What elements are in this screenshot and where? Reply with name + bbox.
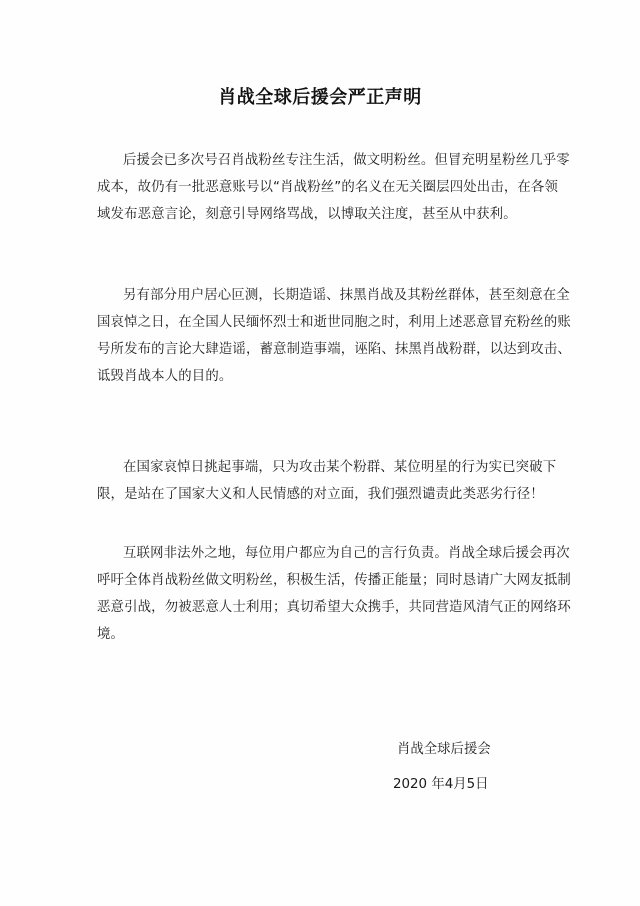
paragraph-line: 在国家哀悼日挑起事端，只为攻击某个粉群、某位明星的行为实已突破下 <box>97 454 549 481</box>
paragraph-line: 限，是站在了国家大义和人民情感的对立面，我们强烈谴责此类恶劣行径！ <box>97 481 549 508</box>
signature-organization: 肖战全球后援会 <box>397 740 491 760</box>
statement-page: 肖战全球后援会严正声明 后援会已多次号召肖战粉丝专注生活，做文明粉丝。但冒充明星… <box>0 0 640 906</box>
paragraph-line: 互联网非法外之地，每位用户都应为自己的言行负责。肖战全球后援会再次 <box>97 540 549 567</box>
paragraph-line: 号所发布的言论大肆造谣，蓄意制造事端，诬陷、抹黑肖战粉群，以达到攻击、 <box>97 336 549 363</box>
paragraph-line: 后援会已多次号召肖战粉丝专注生活，做文明粉丝。但冒充明星粉丝几乎零 <box>97 147 549 174</box>
paragraph-4: 互联网非法外之地，每位用户都应为自己的言行负责。肖战全球后援会再次 呼吁全体肖战… <box>97 540 549 648</box>
paragraph-line: 成本，故仍有一批恶意账号以“肖战粉丝”的名义在无关圈层四处出击，在各领 <box>97 174 549 201</box>
paragraph-line: 域发布恶意言论，刻意引导网络骂战，以博取关注度，甚至从中获利。 <box>97 201 549 228</box>
document-title: 肖战全球后援会严正声明 <box>0 83 640 109</box>
paragraph-line: 另有部分用户居心叵测，长期造谣、抹黑肖战及其粉丝群体，甚至刻意在全 <box>97 282 549 309</box>
paragraph-line: 诋毁肖战本人的目的。 <box>97 363 549 390</box>
paragraph-1: 后援会已多次号召肖战粉丝专注生活，做文明粉丝。但冒充明星粉丝几乎零 成本，故仍有… <box>97 147 549 228</box>
paragraph-line: 国哀悼之日，在全国人民缅怀烈士和逝世同胞之时，利用上述恶意冒充粉丝的账 <box>97 309 549 336</box>
paragraph-line: 恶意引战，勿被恶意人士利用；真切希望大众携手，共同营造风清气正的网络环 <box>97 594 549 621</box>
paragraph-3: 在国家哀悼日挑起事端，只为攻击某个粉群、某位明星的行为实已突破下 限，是站在了国… <box>97 454 549 508</box>
signature-date: 2020 年4月5日 <box>393 775 489 795</box>
paragraph-line: 境。 <box>97 621 549 648</box>
paragraph-line: 呼吁全体肖战粉丝做文明粉丝，积极生活，传播正能量；同时恳请广大网友抵制 <box>97 567 549 594</box>
paragraph-2: 另有部分用户居心叵测，长期造谣、抹黑肖战及其粉丝群体，甚至刻意在全 国哀悼之日，… <box>97 282 549 390</box>
